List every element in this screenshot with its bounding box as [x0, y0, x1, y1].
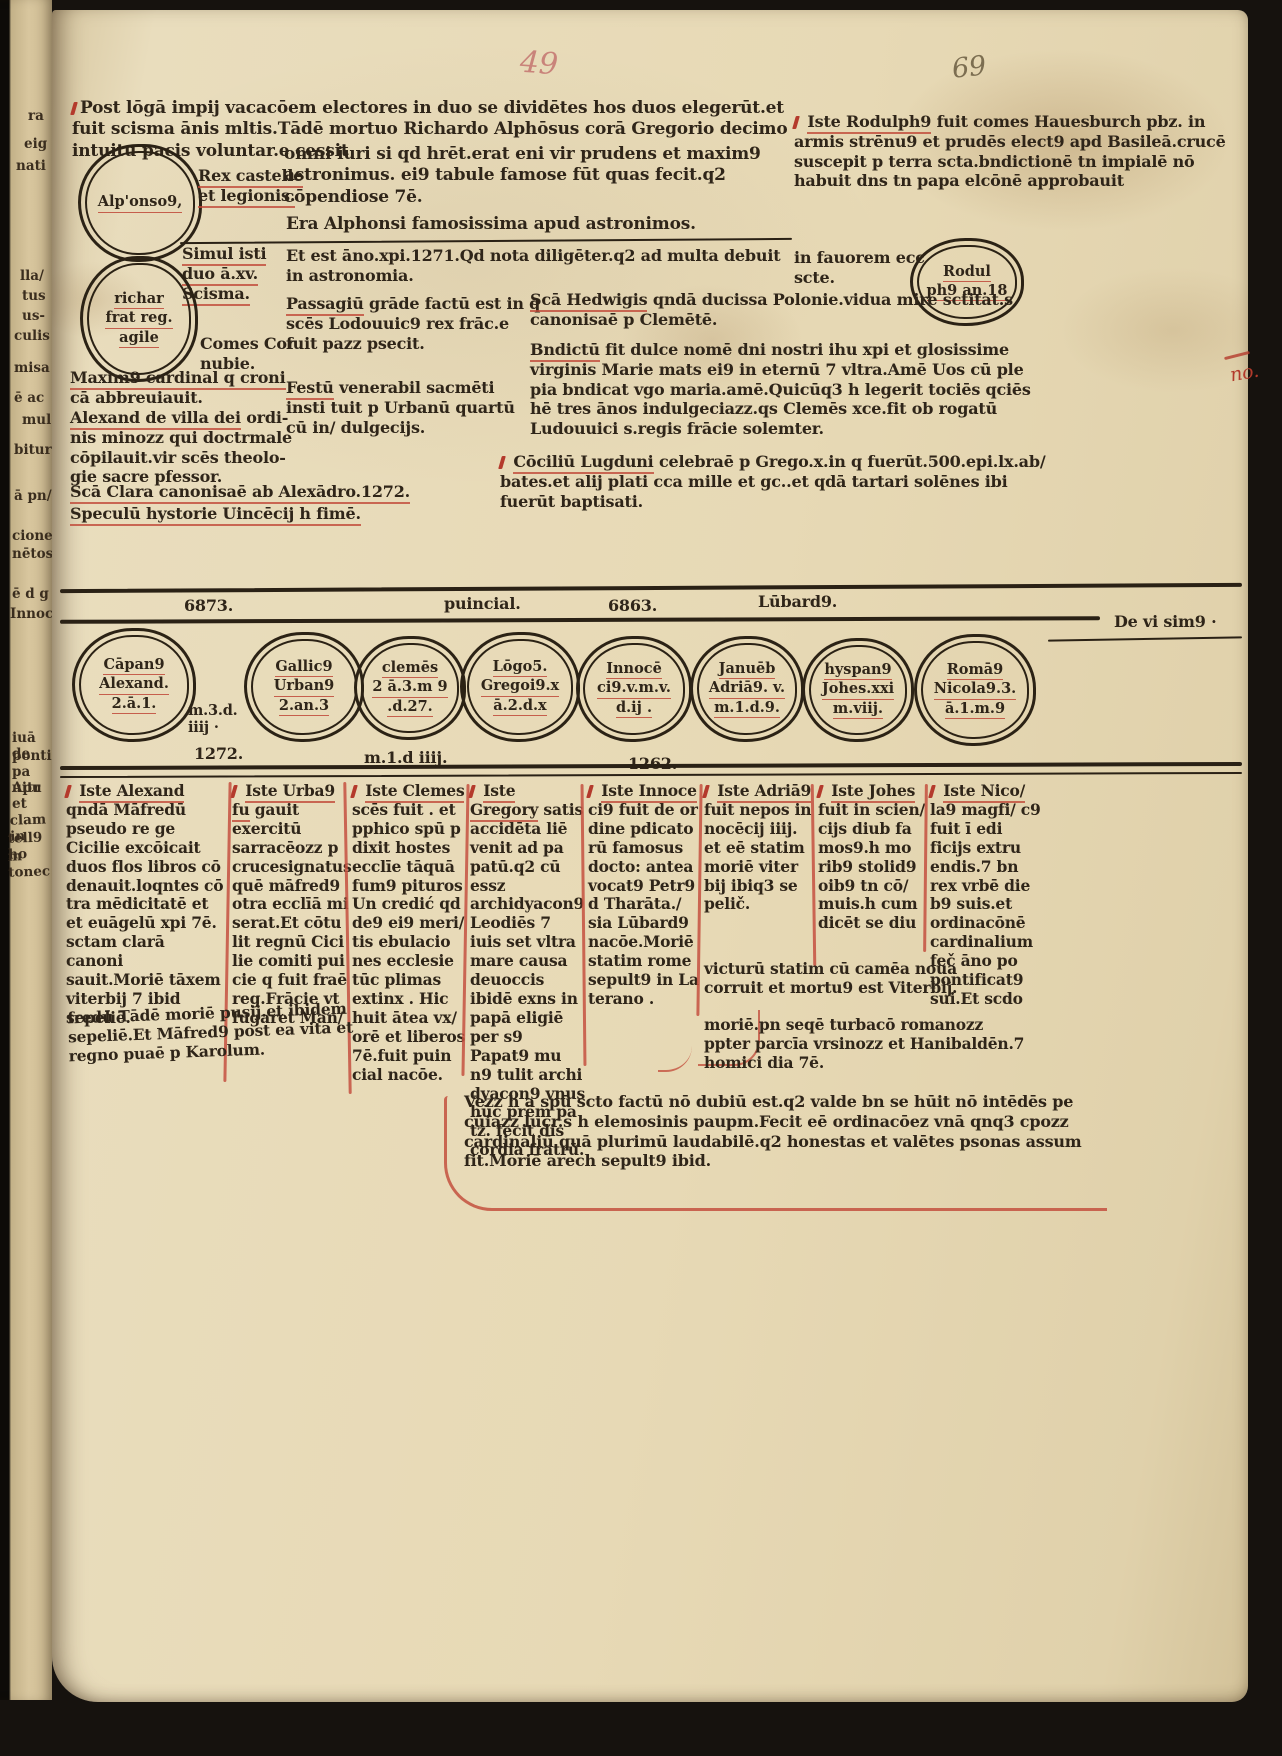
intro-paragraph-indent: omni iuri si qd hrēt.erat eni vir pruden…: [284, 144, 804, 208]
medallion-line: 2 ā.3.m 9: [372, 678, 447, 697]
speculum-text: Speculū hystorie Uincēcij h fimē.: [70, 504, 361, 526]
margin-note-squiggle: [1224, 351, 1250, 360]
edge-fragment: ra: [28, 108, 44, 124]
rubric-mark: [230, 785, 238, 798]
medallion-line: 2.an.3: [279, 697, 329, 716]
medallion-line: Romā9: [947, 661, 1004, 680]
rodulphus-lead: Iste Rodulph9: [807, 112, 931, 134]
edge-fragment: ē d g: [12, 586, 49, 602]
festum-paragraph: Festū venerabil sacmēti insti tuit p Urb…: [286, 378, 532, 437]
rodulphus-tail-text: in fauorem ecc scte.: [794, 248, 925, 287]
medallion-line: 2.ā.1.: [112, 695, 157, 714]
red-flow-line: [658, 950, 692, 1072]
edge-fragment: us-: [22, 308, 45, 324]
column-separator: [923, 784, 927, 952]
scanned-book-page: { "page": { "folio_pink": "49", "folio_i…: [0, 0, 1282, 1756]
medallion-line: Gallic9: [275, 658, 332, 677]
edge-fragment: mul: [22, 412, 51, 428]
medallion-line: Lōgo5.: [493, 658, 548, 677]
timeline-rule-bottom: [60, 616, 1100, 624]
rubric-mark: [70, 102, 78, 115]
clara-note: Scā Clara canonisaē ab Alexādro.1272.: [70, 482, 490, 502]
richard-medallion: richar frat reg. agile: [80, 256, 198, 382]
edge-fragment: lla/: [20, 268, 44, 284]
clara-text: Scā Clara canonisaē ab Alexādro.1272.: [70, 482, 410, 504]
maximus-lead: Maxim9 cardinal q croni: [70, 368, 286, 390]
medallion-johannes: hyspan9 Johes.xxi m.viij.: [802, 638, 914, 742]
edge-fragment: misa: [14, 360, 50, 376]
hedwigis-lead: Scā Hedwigis: [530, 290, 647, 312]
medallion-urban: Gallic9 Urban9 2.an.3: [244, 632, 364, 742]
edge-fragment: tus: [22, 288, 46, 304]
benedictum-paragraph: Bndictū fit dulce nomē dni nostri ihu xp…: [530, 340, 1042, 439]
edge-fragment: pontif: [12, 748, 57, 764]
medallion-line: m.1.d.9.: [714, 699, 780, 718]
medallion-clemens: clemēs 2 ā.3.m 9 .d.27.: [354, 636, 466, 740]
medallion-line: ā.1.m.9: [945, 700, 1005, 719]
edge-fragment: uitr et: [12, 780, 52, 812]
timeline-label-6873: 6873.: [184, 596, 233, 616]
richard-medallion-line2: frat reg.: [105, 309, 172, 328]
rubric-mark: [816, 785, 824, 798]
column-johannes: Iste Johes fuit in scien/ cijs diub fa m…: [818, 782, 926, 933]
rodulphus-paragraph: Iste Rodulph9 fuit comes Hauesburch pbz.…: [794, 112, 1240, 191]
column-body: qndā Māfredū pseudo re ge Cicilie excōic…: [66, 800, 223, 1027]
manuscript-page: 49 69 Post lōgā impij vacacōem electores…: [52, 10, 1248, 1702]
rubric-mark: [792, 116, 800, 129]
passagium-lead: Passagiū: [286, 294, 364, 316]
villa-lead: Alexand de villa dei: [70, 408, 241, 430]
folio-number-ink: 69: [950, 50, 987, 84]
facing-page-edge: ra eig nati lla/ tus us- culis misa ē ac…: [0, 0, 52, 1700]
concilium-paragraph: Cōciliū Lugduni celebraē p Grego.x.in q …: [500, 452, 1048, 511]
manfred-continuation: fredū Tādē moriē pusij.et ibidem sepeliē…: [67, 999, 379, 1067]
medallion-alexander: Cāpan9 Alexand. 2.ā.1.: [72, 628, 196, 742]
margin-note-text: no.: [1228, 360, 1260, 387]
timeline-label-6863: 6863.: [608, 596, 657, 616]
rubric-mark: [350, 785, 358, 798]
benedictum-text: fit dulce nomē dni nostri ihu xpi et glo…: [530, 340, 1031, 438]
medallion-gregorius: Lōgo5. Gregoi9.x ā.2.d.x: [460, 632, 580, 742]
medallion-line: ā.2.d.x: [493, 697, 546, 716]
subrow-1272: 1272.: [194, 744, 243, 764]
medallion-line: ci9.v.m.v.: [597, 679, 671, 698]
bottom-note-text: Vezz h a spū scto factū nō dubiū est.q2 …: [464, 1092, 1082, 1170]
medallion-line: m.viij.: [833, 700, 883, 719]
medallion-line: Adriā9. v.: [709, 679, 785, 698]
medallion-adrianus: Januēb Adriā9. v. m.1.d.9.: [690, 636, 804, 742]
edge-fragment: cione: [12, 528, 53, 544]
bottom-note: Vezz h a spū scto factū nō dubiū est.q2 …: [464, 1092, 1084, 1171]
edge-fragment: ē ac: [14, 390, 44, 406]
edge-fragment: culis: [14, 328, 50, 344]
comes-text: Comes Cor nubie.: [200, 334, 295, 373]
speculum-note: Speculū hystorie Uincēcij h fimē.: [70, 504, 430, 524]
intro-text-b: omni iuri si qd hrēt.erat eni vir pruden…: [284, 144, 761, 207]
richard-medallion-line3: agile: [119, 329, 159, 348]
column-alexander: Iste Alexand qndā Māfredū pseudo re ge C…: [66, 782, 224, 1028]
timeline-label-provincial: puincial.: [444, 594, 521, 614]
margin-note: no.: [1228, 360, 1260, 387]
medallion-line: .d.27.: [387, 698, 432, 717]
alphonso-medallion-label: Alp'onso9,: [98, 193, 183, 212]
morie-continuation: moriē.pn seqē turbacō romanozz ppter par…: [704, 1016, 1034, 1073]
manfred-text: fredū Tādē moriē pusij.et ibidem sepeliē…: [67, 999, 353, 1066]
maximus-text: cā abbreuiauit.: [70, 388, 203, 407]
medallion-line: d.ij .: [616, 699, 652, 718]
medallion-innocentius: Innocē ci9.v.m.v. d.ij .: [576, 636, 692, 742]
timeline-rule-right: [1048, 636, 1242, 641]
rubric-mark: [498, 456, 506, 469]
era-heading: Era Alphonsi famosissima apud astronimos…: [286, 214, 806, 235]
rubric-mark: [702, 785, 710, 798]
rubric-mark: [586, 785, 594, 798]
rubric-mark: [64, 785, 72, 798]
morie-text: moriē.pn seqē turbacō romanozz ppter par…: [704, 1015, 1024, 1072]
rubric-mark: [468, 785, 476, 798]
alphonso-caption: Rex castelle et legionis.: [198, 166, 316, 206]
alphonso-caption-text: Rex castelle et legionis.: [198, 166, 303, 208]
medallion-line: clemēs: [382, 659, 438, 678]
column-body: gauit exercitū sarracēozz p crucesignatu…: [232, 800, 352, 1027]
era-note-text: Et est āno.xpi.1271.Qd nota diligēter.q2…: [286, 246, 780, 285]
column-lead: Iste Gregory: [470, 781, 538, 822]
column-body: fuit nepos in nocēcij iiij. et eē statim…: [704, 800, 811, 914]
medallion-line: hyspan9: [824, 661, 891, 680]
timeline-rule-top: [60, 583, 1242, 593]
timeline-label-lumbardus: Lūbard9.: [758, 592, 837, 612]
medallion-line: Alexand.: [99, 675, 169, 694]
medallion-gap-note: m.3.d. iiij ·: [188, 702, 252, 737]
edge-fragment: bitur: [14, 442, 52, 458]
edge-fragment: ā pn/: [14, 488, 52, 504]
richard-medallion-line1: richar: [114, 290, 164, 309]
timeline-label-devisimis: De vi sim9 ·: [1114, 612, 1216, 632]
medallion-line: Cāpan9: [103, 656, 164, 675]
villa-paragraph: Alexand de villa dei ordi- nis minozz qu…: [70, 408, 298, 487]
column-urban: Iste Urba9 fu gauit exercitū sarracēozz …: [232, 782, 350, 1028]
medallion-line: Januēb: [719, 660, 776, 679]
gap-note-line2: iiij ·: [188, 719, 219, 736]
rodulphus-medallion-line1: Rodul: [943, 263, 991, 282]
era-note: Et est āno.xpi.1271.Qd nota diligēter.q2…: [286, 246, 786, 286]
hedwigis-paragraph: Scā Hedwigis qndā ducissa Polonie.vidua …: [530, 290, 1030, 330]
benedictum-lead: Bndictū: [530, 340, 600, 362]
maximus-paragraph: Maxim9 cardinal q croni cā abbreuiauit.: [70, 368, 298, 408]
medallion-line: Johes.xxi: [822, 680, 894, 699]
passagium-paragraph: Passagiū grāde factū est in q scēs Lodou…: [286, 294, 542, 353]
edge-fragment: m tonec: [7, 847, 52, 881]
column-body: fuit in scien/ cijs diub fa mos9.h mo ri…: [818, 800, 925, 932]
simul-note: Simul isti duo ā.xv. Scisma.: [182, 244, 288, 303]
column-adrianus: Iste Adriā9 fuit nepos in nocēcij iiij. …: [704, 782, 816, 914]
gap-note-line1: m.3.d.: [188, 702, 238, 719]
medallion-line: Gregoi9.x: [481, 677, 559, 696]
medallion-line: Innocē: [606, 660, 662, 679]
johes-text: victurū statim cū camēa noua corruit et …: [704, 959, 957, 997]
medallion-line: Urban9: [274, 677, 334, 696]
edge-fragment: eig: [24, 136, 47, 152]
edge-fragment: nati: [16, 158, 46, 174]
johannes-continuation: victurū statim cū camēa noua corruit et …: [704, 960, 1014, 998]
medallion-line: Nicola9.3.: [934, 680, 1016, 699]
era-heading-text: Era Alphonsi famosissima apud astronimos…: [286, 214, 696, 234]
festum-lead: Festū: [286, 378, 334, 400]
medallion-nicolaus: Romā9 Nicola9.3. ā.1.m.9: [914, 634, 1036, 746]
concilium-lead: Cōciliū Lugduni: [513, 452, 653, 474]
rubric-mark: [928, 785, 936, 798]
folio-number-pink: 49: [519, 45, 559, 83]
